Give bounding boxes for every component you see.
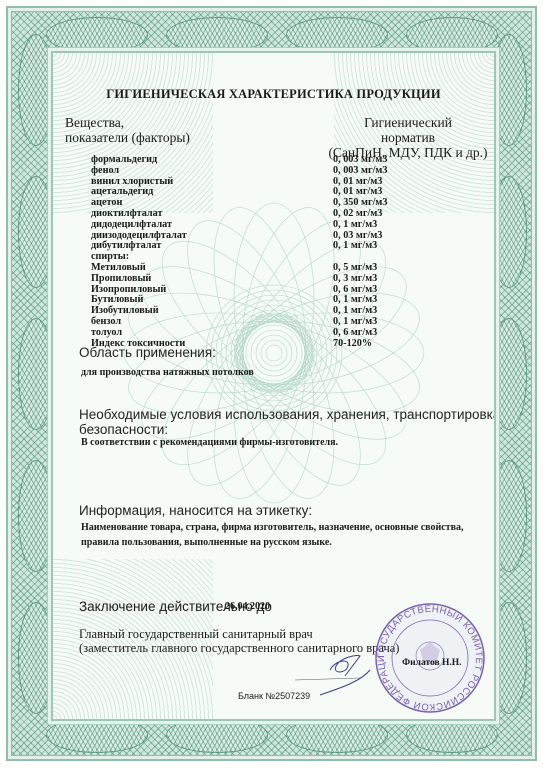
norm-value: 0, 3 мг/м3 — [333, 274, 377, 285]
header-line: Гигиенический — [328, 115, 488, 130]
label-info-heading: Информация, наносится на этикетку: — [79, 503, 312, 518]
substance-name: дидодецилфталат — [91, 220, 172, 231]
norm-value: 0, 003 мг/м3 — [333, 166, 387, 177]
border-ornament — [491, 460, 527, 572]
border-ornament — [491, 602, 527, 714]
conditions-heading: Необходимые условия использования, хране… — [79, 407, 496, 437]
header-line: показатели (факторы) — [65, 130, 190, 145]
substance-name: Пропиловый — [91, 274, 151, 285]
norm-value: 0, 6 мг/м3 — [333, 328, 377, 339]
text-line: правила пользования, выполненные на русс… — [81, 535, 464, 550]
substance-name: толуол — [91, 328, 122, 339]
conditions-text: В соответствии с рекомендациями фирмы-из… — [81, 435, 338, 450]
substance-name: фенол — [91, 166, 119, 177]
header-line: Вещества, — [65, 115, 190, 130]
border-ornament — [491, 34, 527, 146]
header-line: норматив — [328, 130, 488, 145]
border-ornament — [491, 318, 527, 430]
border-ornament — [46, 17, 148, 53]
border-ornament — [286, 17, 388, 53]
border-ornament — [18, 460, 54, 572]
border-ornament — [18, 318, 54, 430]
norm-value: 0, 1 мг/м3 — [333, 220, 377, 231]
application-text: для производства натяжных потолков — [81, 365, 254, 380]
label-info-text: Наименование товара, страна, фирма изгот… — [81, 520, 464, 550]
border-ornament — [166, 717, 268, 753]
document-title: ГИГИЕНИЧЕСКАЯ ХАРАКТЕРИСТИКА ПРОДУКЦИИ — [53, 87, 494, 102]
border-ornament — [406, 717, 498, 753]
border-ornament — [18, 176, 54, 288]
text-line: Наименование товара, страна, фирма изгот… — [81, 520, 464, 535]
border-ornament — [406, 17, 498, 53]
title-line: Главный государственный санитарный врач — [79, 627, 399, 641]
heading-line: Необходимые условия использования, хране… — [79, 407, 496, 422]
application-heading: Область применения: — [79, 345, 216, 360]
border-ornament — [166, 17, 268, 53]
border-ornament — [18, 34, 54, 146]
border-ornament — [18, 602, 54, 714]
border-ornament — [46, 717, 148, 753]
validity-date: 26.04.2020 — [225, 601, 270, 612]
border-ornament — [491, 176, 527, 288]
signatory-name: Филатов Н.Н. — [402, 658, 462, 668]
substances-column-header: Вещества, показатели (факторы) — [65, 115, 190, 145]
norm-value: 0, 1 мг/м3 — [333, 241, 377, 252]
border-ornament — [286, 717, 388, 753]
norm-value: 70-120% — [333, 339, 372, 350]
